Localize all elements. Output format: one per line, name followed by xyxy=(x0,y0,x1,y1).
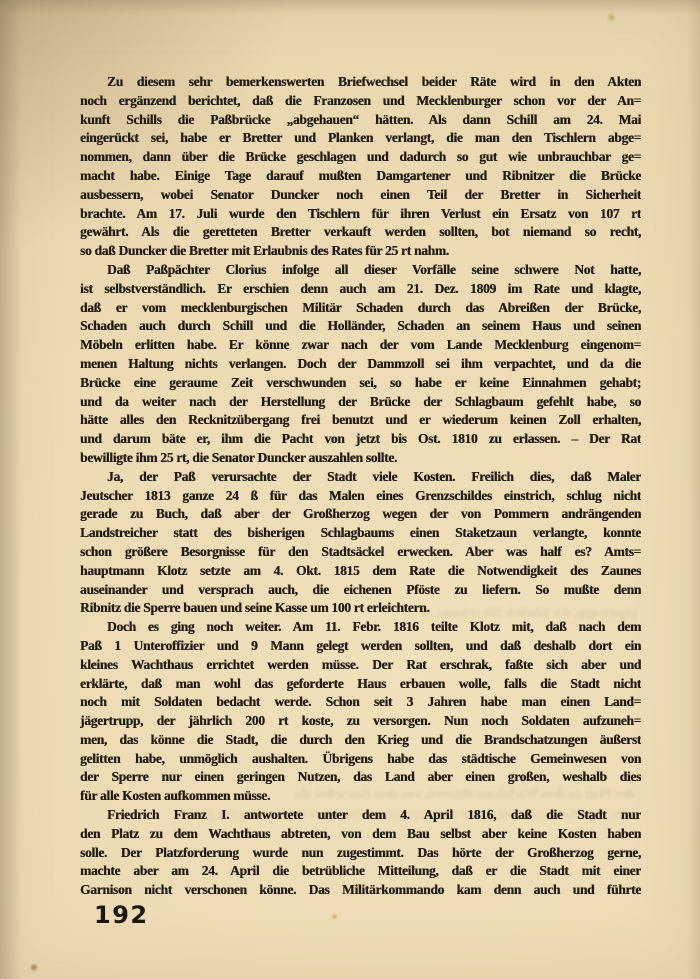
text-line: und da weiter nach der Herstellung der B… xyxy=(80,393,641,412)
text-line: men, das könne die Stadt, die durch den … xyxy=(80,731,641,750)
text-line: gerade zu Buch, daß aber der Großherzog … xyxy=(80,505,641,524)
text-line: Friedrich Franz I. antwortete unter dem … xyxy=(80,806,641,825)
text-line: Ja, der Paß verursachte der Stadt viele … xyxy=(80,468,641,487)
text-line: jägertrupp, der jährlich 200 rt koste, z… xyxy=(80,712,641,731)
text-line: hauptmann Klotz setzte am 4. Okt. 1815 d… xyxy=(80,562,641,581)
top-edge-shadow xyxy=(0,0,700,16)
text-line: Möbeln erlitten habe. Er könne zwar nach… xyxy=(80,336,641,355)
text-line: kunft Schills die Paßbrücke „abgehauen“ … xyxy=(80,111,641,130)
text-line: nommen, dann über die Brücke geschlagen … xyxy=(80,148,641,167)
text-line: für alle Kosten aufkommen müsse. xyxy=(80,787,641,806)
text-line: solle. Der Platzforderung wurde nun zuge… xyxy=(80,844,641,863)
text-line: der Sperre nur einen geringen Nutzen, da… xyxy=(80,768,641,787)
text-line: schon größere Besorgnisse für den Stadts… xyxy=(80,543,641,562)
text-line: menen Haltung nichts verlangen. Doch der… xyxy=(80,355,641,374)
paper-stain xyxy=(30,963,38,972)
text-line: gewährt. Als die geretteten Bretter verk… xyxy=(80,223,641,242)
text-line: Garnison nicht verschonen könne. Das Mil… xyxy=(80,881,641,900)
text-line: ausbessern, wobei Senator Duncker noch e… xyxy=(80,186,641,205)
left-edge-shadow xyxy=(0,0,26,979)
scanned-book-page: jägertrupp, der jährlich 200 rt koste, z… xyxy=(0,0,700,979)
text-line: bewilligte ihm 25 rt, die Senator Duncke… xyxy=(80,449,641,468)
text-line: noch mit Soldaten bedacht werde. Schon s… xyxy=(80,693,641,712)
text-line: noch ergänzend berichtet, daß die Franzo… xyxy=(80,92,641,111)
paper-stain xyxy=(331,913,338,920)
text-line: hätte alles den Recknitzübergang frei be… xyxy=(80,411,641,430)
text-line: kleines Wachthaus errichtet werden müsse… xyxy=(80,656,641,675)
text-line: erklärte, daß man wohl das geforderte Ha… xyxy=(80,675,641,694)
text-line: brachte. Am 17. Juli wurde den Tischlern… xyxy=(80,205,641,224)
text-line: gelitten habe, unmöglich aushalten. Übri… xyxy=(80,750,641,769)
text-line: Zu diesem sehr bemerkenswerten Briefwech… xyxy=(80,73,641,92)
text-line: Brücke eine geraume Zeit verschwunden se… xyxy=(80,374,641,393)
text-line: so daß Duncker die Bretter mit Erlaubnis… xyxy=(80,242,641,261)
text-line: Landstreicher statt des bisherigen Schla… xyxy=(80,524,641,543)
text-line: Paß 1 Unteroffizier und 9 Mann gelegt we… xyxy=(80,637,641,656)
text-line: Daß Paßpächter Clorius infolge all diese… xyxy=(80,261,641,280)
text-line: daß er vom mecklenburgischen Militär Sch… xyxy=(80,299,641,318)
text-line: Doch es ging noch weiter. Am 11. Febr. 1… xyxy=(80,618,641,637)
text-line: Jeutscher 1813 ganze 24 ß für das Malen … xyxy=(80,487,641,506)
text-line: Schaden auch durch Schill und die Hollän… xyxy=(80,317,641,336)
text-line: auseinander und versprach auch, die eich… xyxy=(80,581,641,600)
text-line: ist selbstverständlich. Er erschien denn… xyxy=(80,280,641,299)
text-line: und darum bäte er, ihm die Pacht von jet… xyxy=(80,430,641,449)
body-text: Zu diesem sehr bemerkenswerten Briefwech… xyxy=(80,73,641,900)
paper-stain xyxy=(606,13,617,22)
text-line: machte aber am 24. April die betrübliche… xyxy=(80,862,641,881)
page-number: 192 xyxy=(94,901,149,929)
text-line: den Platz zu dem Wachthaus abtreten, von… xyxy=(80,825,641,844)
text-line: eingerückt sei, habe er Bretter und Plan… xyxy=(80,129,641,148)
text-line: Ribnitz die Sperre bauen und seine Kasse… xyxy=(80,599,641,618)
right-edge-shadow xyxy=(686,0,700,979)
text-line: macht habe. Einige Tage darauf mußten Da… xyxy=(80,167,641,186)
